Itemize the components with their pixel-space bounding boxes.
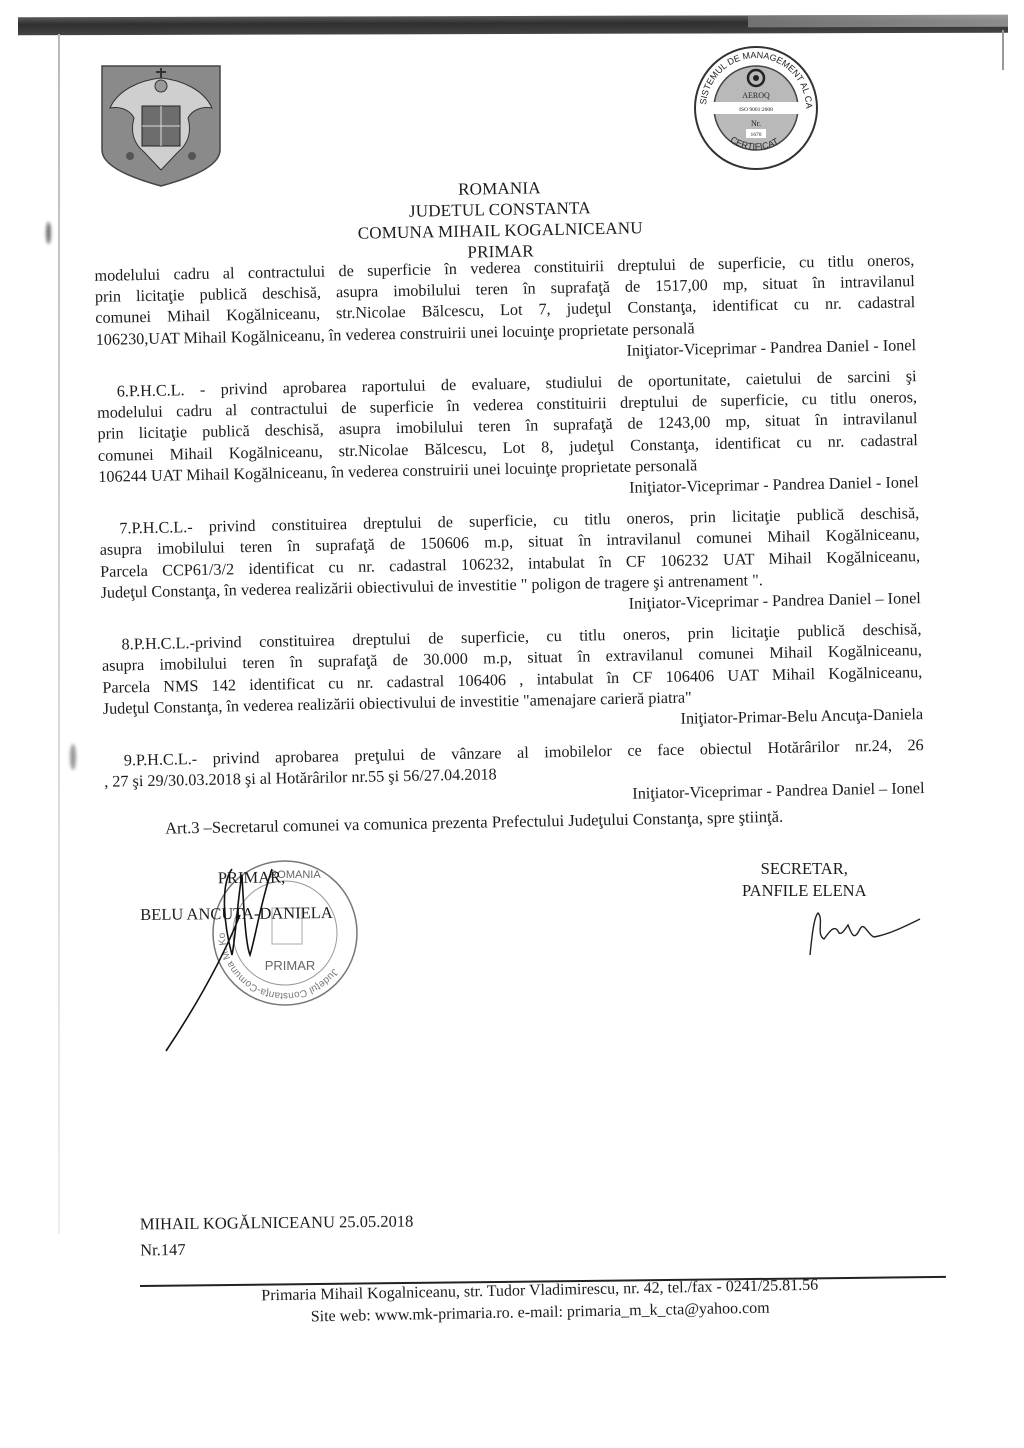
svg-text:Nr.: Nr. [751, 119, 761, 128]
secretary-signature-block: SECRETAR, PANFILE ELENA [742, 858, 867, 902]
agenda-item-5-continued: modelului cadru al contractului de super… [94, 250, 916, 372]
place-and-date: MIHAIL KOGĂLNICEANU 25.05.2018 [140, 1209, 414, 1238]
document-number: Nr.147 [140, 1235, 414, 1264]
secretary-title: SECRETAR, [742, 858, 867, 880]
agenda-item-8: 8.P.H.C.L.-privind constituirea dreptulu… [101, 619, 923, 741]
document-body: modelului cadru al contractului de super… [0, 248, 1024, 842]
footer: Primaria Mihail Kogalniceanu, str. Tudor… [180, 1273, 901, 1331]
scan-edge-shadow [18, 15, 1008, 36]
mayor-handwritten-signature-icon [160, 855, 300, 1055]
page-edge [1002, 30, 1004, 70]
secretary-handwritten-signature-icon [790, 905, 930, 965]
svg-text:ISO 9001:2008: ISO 9001:2008 [739, 107, 773, 113]
secretary-name: PANFILE ELENA [742, 880, 867, 902]
agenda-item-6: 6.P.H.C.L. - privind aprobarea raportulu… [97, 366, 919, 509]
iso-certification-seal-icon: AEROQ ISO 9001:2008 Nr. 1670 SISTEMUL DE… [692, 44, 820, 172]
svg-text:AEROQ: AEROQ [742, 91, 770, 100]
agenda-item-7: 7.P.H.C.L.- privind constituirea dreptul… [99, 503, 921, 625]
closing-block: MIHAIL KOGĂLNICEANU 25.05.2018 Nr.147 [140, 1209, 414, 1264]
coat-of-arms-icon [100, 60, 222, 188]
svg-text:1670: 1670 [751, 132, 762, 138]
